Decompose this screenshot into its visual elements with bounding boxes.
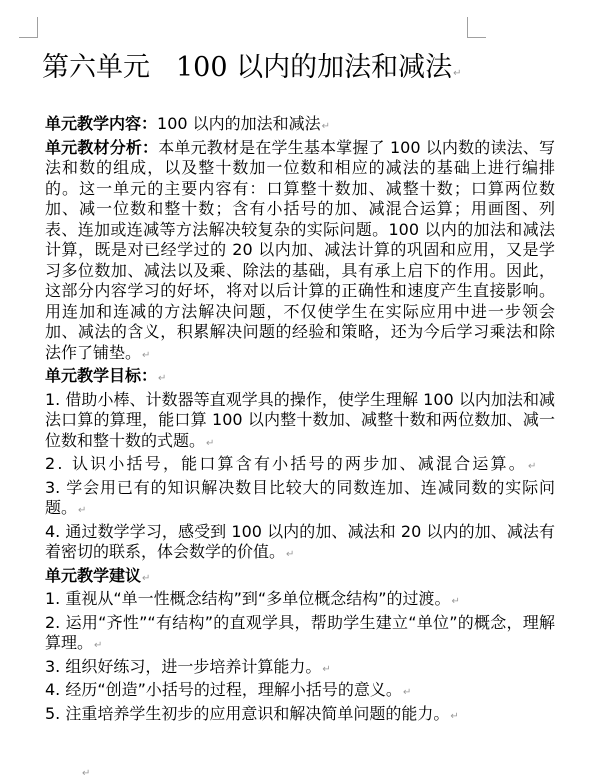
suggestion-item: 5. 注重培养学生初步的应用意识和解决简单问题的能力。↵ — [45, 704, 555, 728]
title-topic: 100 以内的加法和减法 — [176, 52, 452, 83]
paragraph-mark-icon: ↵ — [286, 549, 294, 560]
page-title: 第六单元100 以内的加法和减法↵ — [42, 48, 462, 94]
suggestion-item: 2. 运用“齐性”“有结构”的直观学具，帮助学生建立“单位”的概念，理解算理。↵ — [45, 613, 555, 657]
section-goals-heading: 单元教学目标：↵ — [45, 366, 555, 390]
page-margin-corner-top-left — [19, 17, 38, 38]
suggestion-item: 1. 重视从“单一性概念结构”到“多单位概念结构”的过渡。↵ — [45, 589, 555, 613]
document-body: 单元教学内容：100 以内的加法和减法↵ 单元教材分析：本单元教材是在学生基本掌… — [45, 114, 555, 727]
suggestion-item-text: 2. 运用“齐性”“有结构”的直观学具，帮助学生建立“单位”的概念，理解算理。 — [45, 613, 555, 653]
suggestion-item-text: 3. 组织好练习，进一步培养计算能力。 — [45, 657, 321, 676]
suggestion-item: 3. 组织好练习，进一步培养计算能力。↵ — [45, 657, 555, 681]
section-content: 单元教学内容：100 以内的加法和减法↵ — [45, 114, 555, 138]
paragraph-mark-icon: ↵ — [453, 68, 461, 79]
goal-item: 2. 认识小括号，能口算含有小括号的两步加、减混合运算。↵ — [45, 454, 555, 478]
goal-item: 4. 通过数学学习，感受到 100 以内的加、减法和 20 以内的加、减法有着密… — [45, 522, 555, 566]
suggestion-item-text: 4. 经历“创造”小括号的过程，理解小括号的意义。 — [45, 680, 402, 699]
paragraph-mark-icon: ↵ — [158, 373, 166, 384]
paragraph-mark-icon: ↵ — [142, 573, 150, 584]
paragraph-mark-icon: ↵ — [528, 461, 539, 472]
paragraph-mark-icon: ↵ — [322, 664, 330, 675]
paragraph-mark-icon: ↵ — [403, 687, 411, 698]
suggestions-label: 单元教学建议 — [45, 566, 141, 585]
page-margin-corner-top-right — [467, 17, 486, 38]
goal-item-text: 2. 认识小括号，能口算含有小括号的两步加、减混合运算。 — [45, 454, 527, 473]
paragraph-mark-icon: ↵ — [452, 596, 460, 607]
title-unit: 第六单元 — [42, 52, 150, 83]
goal-item-text: 3. 学会用已有的知识解决数目比较大的同数连加、连减同数的实际问题。 — [45, 478, 555, 518]
goal-item: 3. 学会用已有的知识解决数目比较大的同数连加、连减同数的实际问题。↵ — [45, 478, 555, 522]
suggestion-item-text: 1. 重视从“单一性概念结构”到“多单位概念结构”的过渡。 — [45, 589, 451, 608]
content-text: 100 以内的加法和减法 — [157, 114, 321, 133]
paragraph-mark-icon: ↵ — [450, 711, 458, 722]
suggestion-item: 4. 经历“创造”小括号的过程，理解小括号的意义。↵ — [45, 680, 555, 704]
suggestion-item-text: 5. 注重培养学生初步的应用意识和解决简单问题的能力。 — [45, 704, 449, 723]
goal-item-text: 1. 借助小棒、计数器等直观学具的操作，使学生理解 100 以内加法和减法口算的… — [45, 390, 555, 450]
analysis-label: 单元教材分析： — [45, 138, 158, 157]
paragraph-mark-icon: ↵ — [206, 438, 214, 449]
goal-item-text: 4. 通过数学学习，感受到 100 以内的加、减法和 20 以内的加、减法有着密… — [45, 522, 555, 562]
empty-paragraph-mark-icon: ↵ — [82, 768, 90, 779]
goal-item: 1. 借助小棒、计数器等直观学具的操作，使学生理解 100 以内加法和减法口算的… — [45, 390, 555, 455]
paragraph-mark-icon: ↵ — [142, 350, 150, 361]
section-suggestions-heading: 单元教学建议↵ — [45, 566, 555, 590]
paragraph-mark-icon: ↵ — [322, 121, 330, 132]
goals-label: 单元教学目标： — [45, 366, 157, 385]
analysis-text: 本单元教材是在学生基本掌握了 100 以内数的读法、写法和数的组成，以及整十数加… — [45, 138, 555, 362]
paragraph-mark-icon: ↵ — [94, 640, 102, 651]
paragraph-mark-icon: ↵ — [78, 505, 86, 516]
content-label: 单元教学内容： — [45, 114, 157, 133]
section-analysis: 单元教材分析：本单元教材是在学生基本掌握了 100 以内数的读法、写法和数的组成… — [45, 138, 555, 367]
